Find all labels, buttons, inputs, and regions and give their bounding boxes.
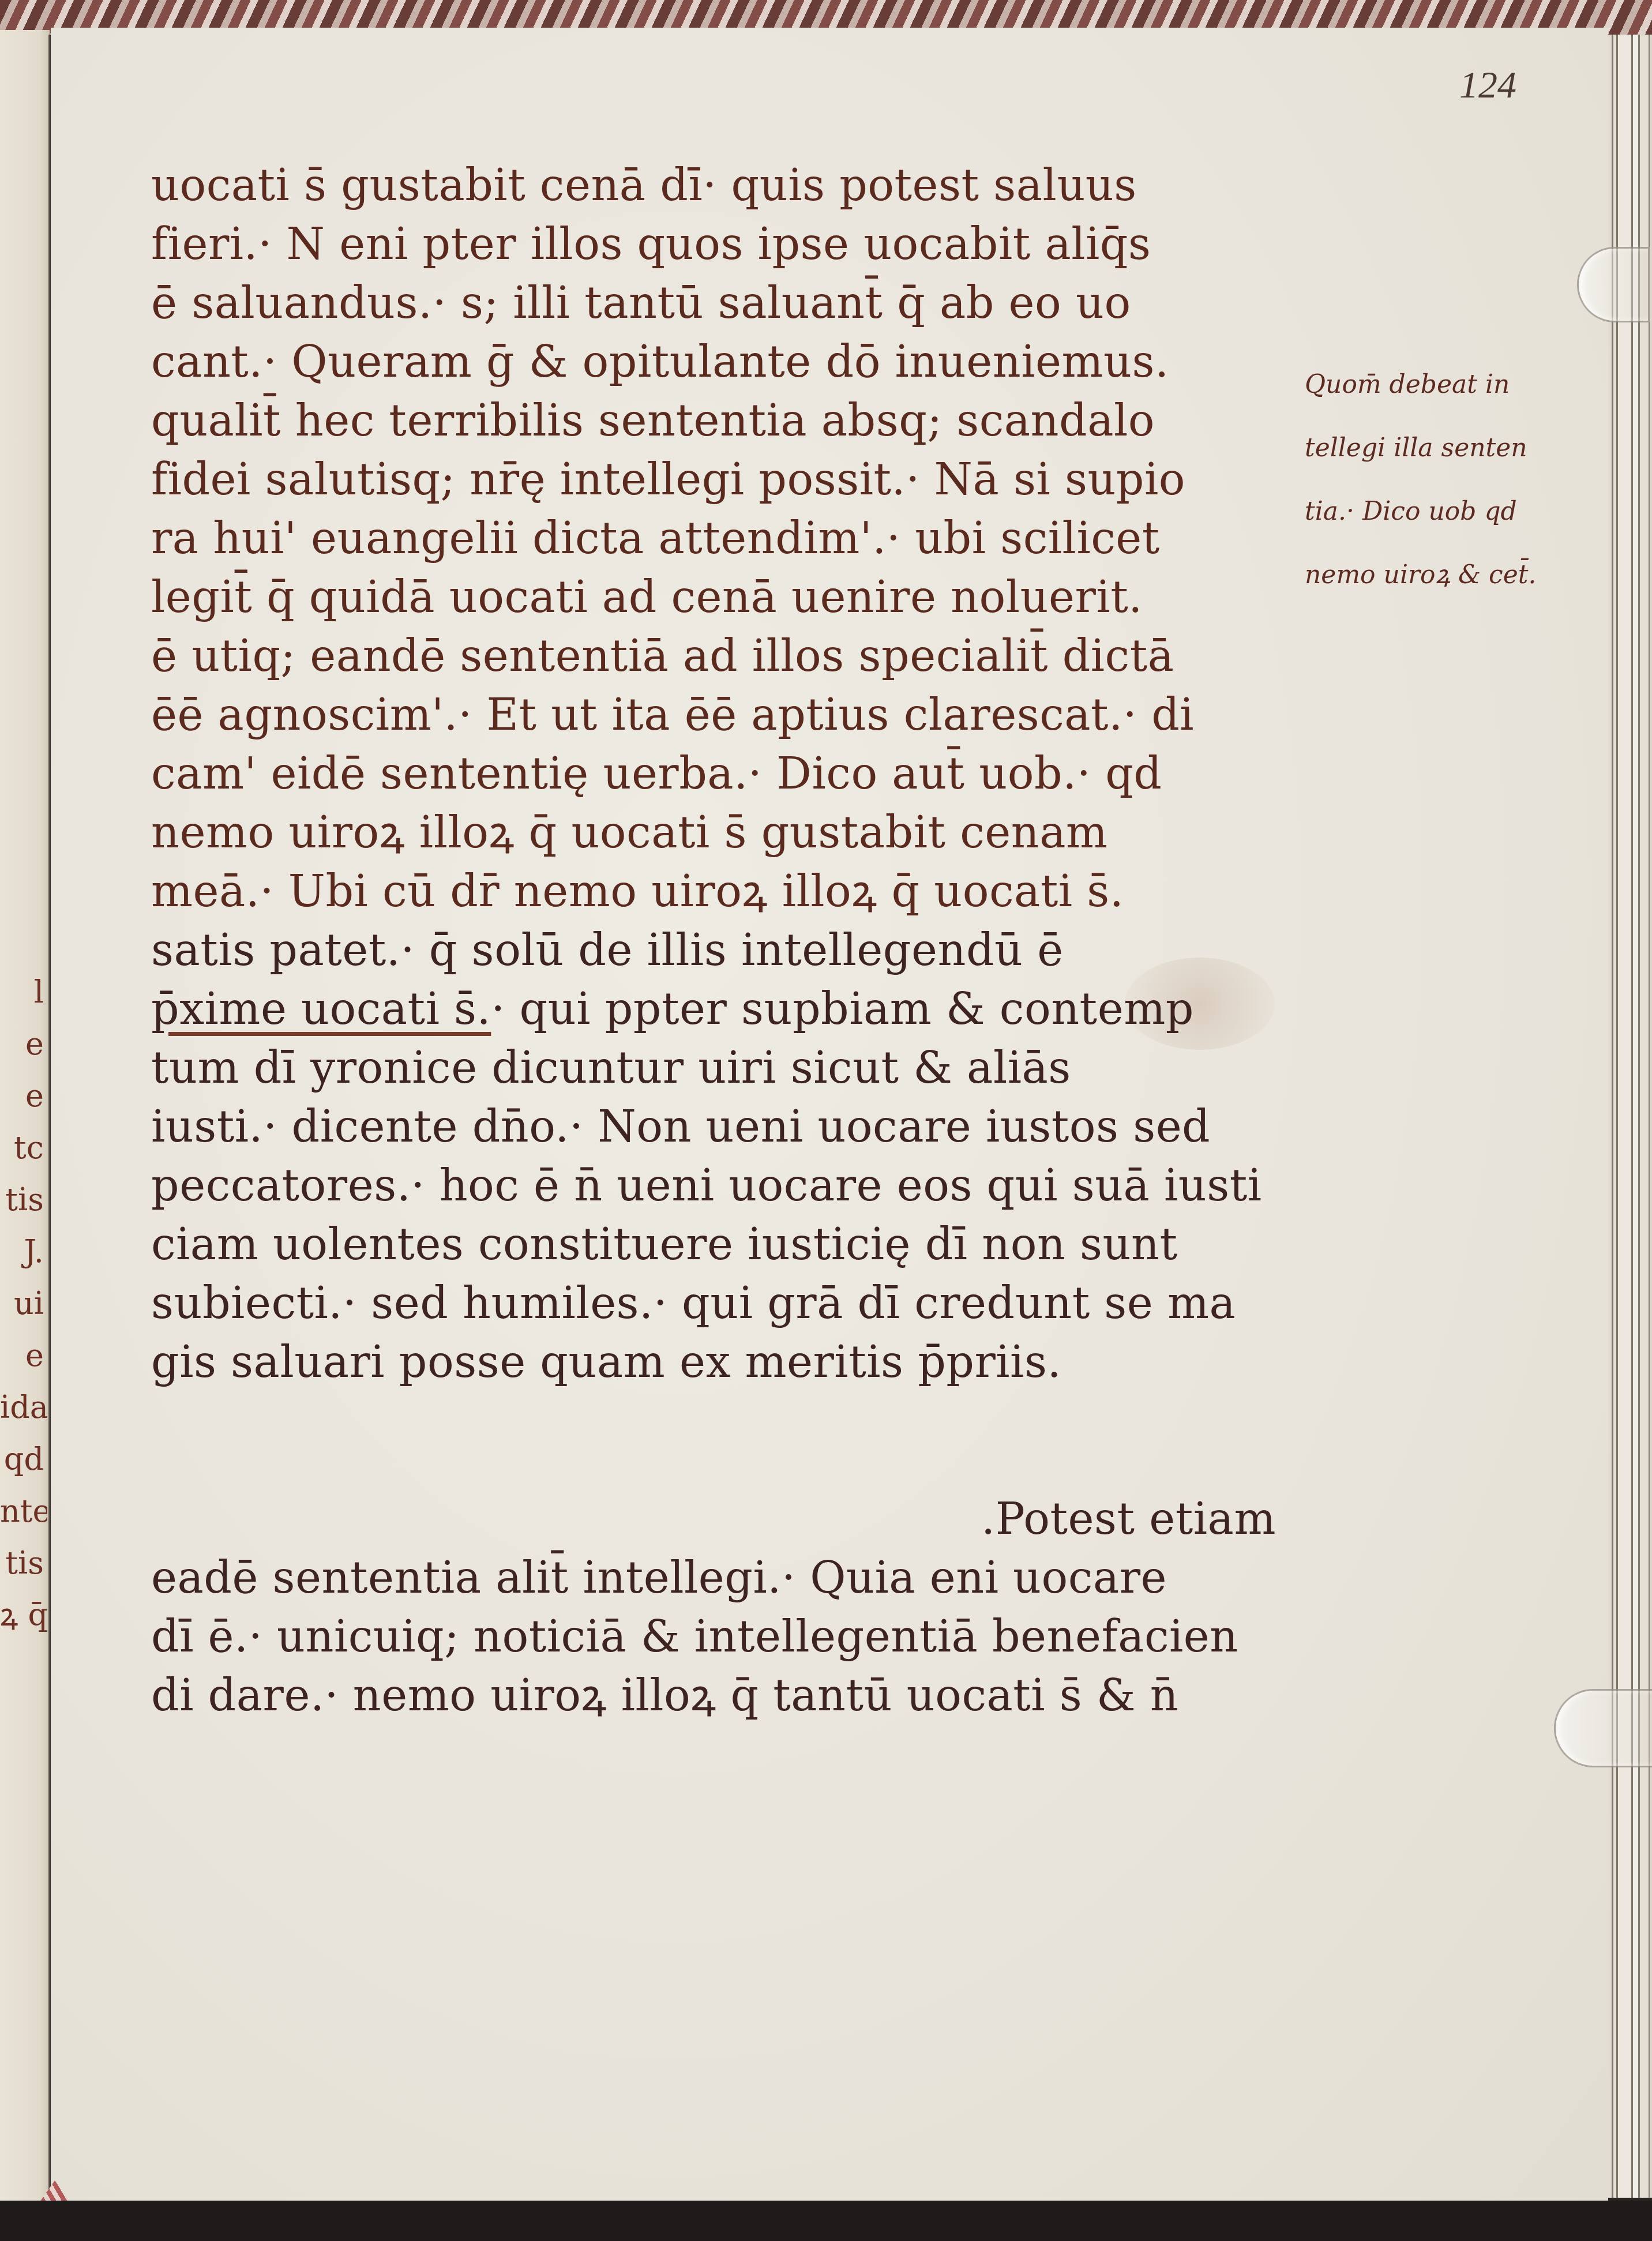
marginal-line: tia.· Dico uob qd xyxy=(1305,480,1576,543)
marginal-note: Quom̄ debeat in tellegi illa senten tia.… xyxy=(1305,353,1576,607)
book-binding-bottom xyxy=(0,2201,1652,2241)
text-line: satis patet.· q̄ solū de illis intellege… xyxy=(151,921,1293,979)
page-edges-stack xyxy=(1608,35,1652,2198)
marginal-line: tellegi illa senten xyxy=(1305,416,1576,480)
facing-fragment: tc xyxy=(0,1122,47,1174)
text-line: ciam uolentes constituere iusticię dī no… xyxy=(151,1215,1293,1274)
facing-fragment: e xyxy=(0,1330,47,1382)
text-line: ē utiq; eandē sententiā ad illos special… xyxy=(151,626,1293,685)
text-line: meā.· Ubi cū dr̄ nemo uiroꝝ illoꝝ q̄ uoc… xyxy=(151,862,1293,921)
text-line: fieri.· N eni pter illos quos ipse uocab… xyxy=(151,215,1293,273)
text-line: peccatores.· hoc ē n̄ ueni uocare eos qu… xyxy=(151,1156,1293,1215)
text-line: fidei salutisq; nr̄ę intellegi possit.· … xyxy=(151,450,1293,509)
text-line: legit̄ q̄ quidā uocati ad cenā uenire no… xyxy=(151,568,1293,626)
text-line: iusti.· dicente dn̄o.· Non ueni uocare i… xyxy=(151,1097,1293,1156)
main-text-column: uocati s̄ gustabit cenā dī· quis potest … xyxy=(151,156,1293,1725)
text-line: di dare.· nemo uiroꝝ illoꝝ q̄ tantū uoca… xyxy=(151,1666,1293,1725)
text-line-rest: · qui ppter supbiam & contemp xyxy=(491,983,1194,1034)
page-clip-top-icon xyxy=(1577,247,1650,322)
text-line: ra hui' euangelii dicta attendim'.· ubi … xyxy=(151,509,1293,568)
folio-number: 124 xyxy=(1459,63,1516,107)
facing-fragment: qd xyxy=(0,1433,47,1485)
text-line: cam' eidē sententię uerba.· Dico aut̄ uo… xyxy=(151,744,1293,803)
facing-fragment: tis xyxy=(0,1174,47,1226)
marginal-line: Quom̄ debeat in xyxy=(1305,353,1576,416)
paragraph-opening: .Potest etiam xyxy=(151,1489,1293,1548)
text-line: nemo uiroꝝ illoꝝ q̄ uocati s̄ gustabit c… xyxy=(151,803,1293,862)
facing-fragment: tis xyxy=(0,1537,47,1589)
facing-fragment: ui xyxy=(0,1278,47,1330)
text-line: cant.· Queram ḡ & opitulante dō inueniem… xyxy=(151,332,1293,391)
facing-fragment: ꝝ q̄ xyxy=(0,1589,47,1641)
text-line: gis saluari posse quam ex meritis p̄prii… xyxy=(151,1332,1293,1391)
text-line: subiecti.· sed humiles.· qui grā dī cred… xyxy=(151,1274,1293,1332)
paragraph-gap xyxy=(151,1391,1293,1489)
facing-fragment: J. xyxy=(0,1226,47,1278)
text-line: eadē sententia alit̄ intellegi.· Quia en… xyxy=(151,1548,1293,1607)
text-line: tum dī yronice dicuntur uiri sicut & ali… xyxy=(151,1038,1293,1097)
text-line: ē saluandus.· s; illi tantū saluant̄ q̄ … xyxy=(151,273,1293,332)
text-line-underlined: p̄xime uocati s̄.· qui ppter supbiam & c… xyxy=(151,979,1293,1038)
facing-page-text-fragments: l e e tc tis J. ui e ida qd nte. tis ꝝ q… xyxy=(0,966,47,1641)
text-line: uocati s̄ gustabit cenā dī· quis potest … xyxy=(151,156,1293,215)
text-line: qualit̄ hec terribilis sententia absq; s… xyxy=(151,391,1293,450)
page-clip-bottom-icon xyxy=(1554,1689,1652,1767)
underlined-phrase: p̄xime uocati s̄. xyxy=(151,983,491,1034)
facing-fragment: l xyxy=(0,966,47,1018)
facing-fragment: nte. xyxy=(0,1485,47,1537)
text-line: ēē agnoscim'.· Et ut ita ēē aptius clare… xyxy=(151,685,1293,744)
facing-fragment: ida xyxy=(0,1382,47,1433)
marginal-line: nemo uiroꝝ & cet̄. xyxy=(1305,543,1576,607)
facing-fragment: e xyxy=(0,1018,47,1070)
facing-fragment: e xyxy=(0,1070,47,1122)
text-line: dī ē.· unicuiq; noticiā & intellegentiā … xyxy=(151,1607,1293,1666)
